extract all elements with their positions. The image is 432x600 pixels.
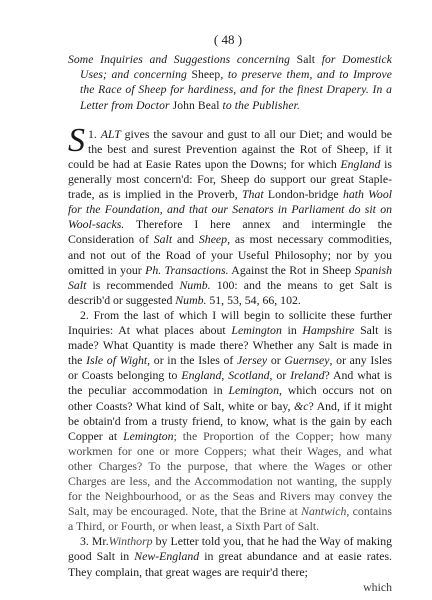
title-sheep: Sheep: [191, 68, 220, 81]
text-italic: Numb.: [179, 278, 210, 292]
text-italic: Scotland: [228, 368, 269, 382]
text-italic: That: [242, 187, 264, 201]
page-number: ( 48 ): [64, 32, 392, 48]
text: London-bridge: [264, 187, 343, 201]
title-text: Some Inquiries and Suggestions concernin…: [68, 53, 297, 66]
text-italic: Sheep: [199, 232, 227, 246]
text: Against the Rot in Sheep: [229, 263, 355, 277]
text: and: [172, 232, 199, 246]
text-italic: Winthorp: [109, 534, 153, 548]
text-italic: Lemington: [229, 383, 279, 397]
paragraph-2: 2. From the last of which I will begin t…: [68, 308, 392, 534]
title-text: to the Publisher.: [220, 99, 300, 112]
text-italic: &c: [294, 399, 308, 413]
title-author: John Beal: [173, 99, 220, 112]
lead-word: ALT: [101, 127, 121, 141]
text: is recommended: [86, 278, 179, 292]
text-italic: England: [181, 368, 221, 382]
text-italic: Lemington: [123, 429, 173, 443]
text: or: [267, 353, 284, 367]
text-italic: New-England: [134, 549, 199, 563]
text-italic: Lemington: [231, 323, 281, 337]
text-italic: Ireland: [290, 368, 324, 382]
text: in: [282, 323, 303, 337]
title-salt: Salt: [297, 53, 315, 66]
text-italic: Numb.: [175, 293, 206, 307]
page: ( 48 ) Some Inquiries and Suggestions co…: [68, 32, 392, 595]
drop-cap: S: [68, 128, 85, 154]
text-italic: Nantwich: [301, 504, 346, 518]
text-italic: Isle of Wight: [86, 353, 147, 367]
text: , or: [270, 368, 291, 382]
article-title: Some Inquiries and Suggestions concernin…: [68, 52, 392, 113]
text-italic: Hampshire: [302, 323, 354, 337]
text: , or in the Isles of: [147, 353, 237, 367]
paragraph-1: 1. SALT gives the savour and gust to all…: [68, 127, 392, 308]
text-italic: Jersey: [237, 353, 267, 367]
text: 3. Mr.: [80, 534, 109, 548]
text-italic: England: [340, 157, 380, 171]
catchword: which: [68, 580, 392, 595]
paragraph-3: 3. Mr.Winthorp by Letter told you, that …: [68, 534, 392, 579]
text-italic: Ph. Transactions.: [145, 263, 228, 277]
paragraph-number: 1.: [88, 127, 97, 141]
text-italic: Salt: [154, 232, 172, 246]
text: 51, 53, 54, 66, 102.: [206, 293, 300, 307]
text-italic: Guernsey: [284, 353, 329, 367]
